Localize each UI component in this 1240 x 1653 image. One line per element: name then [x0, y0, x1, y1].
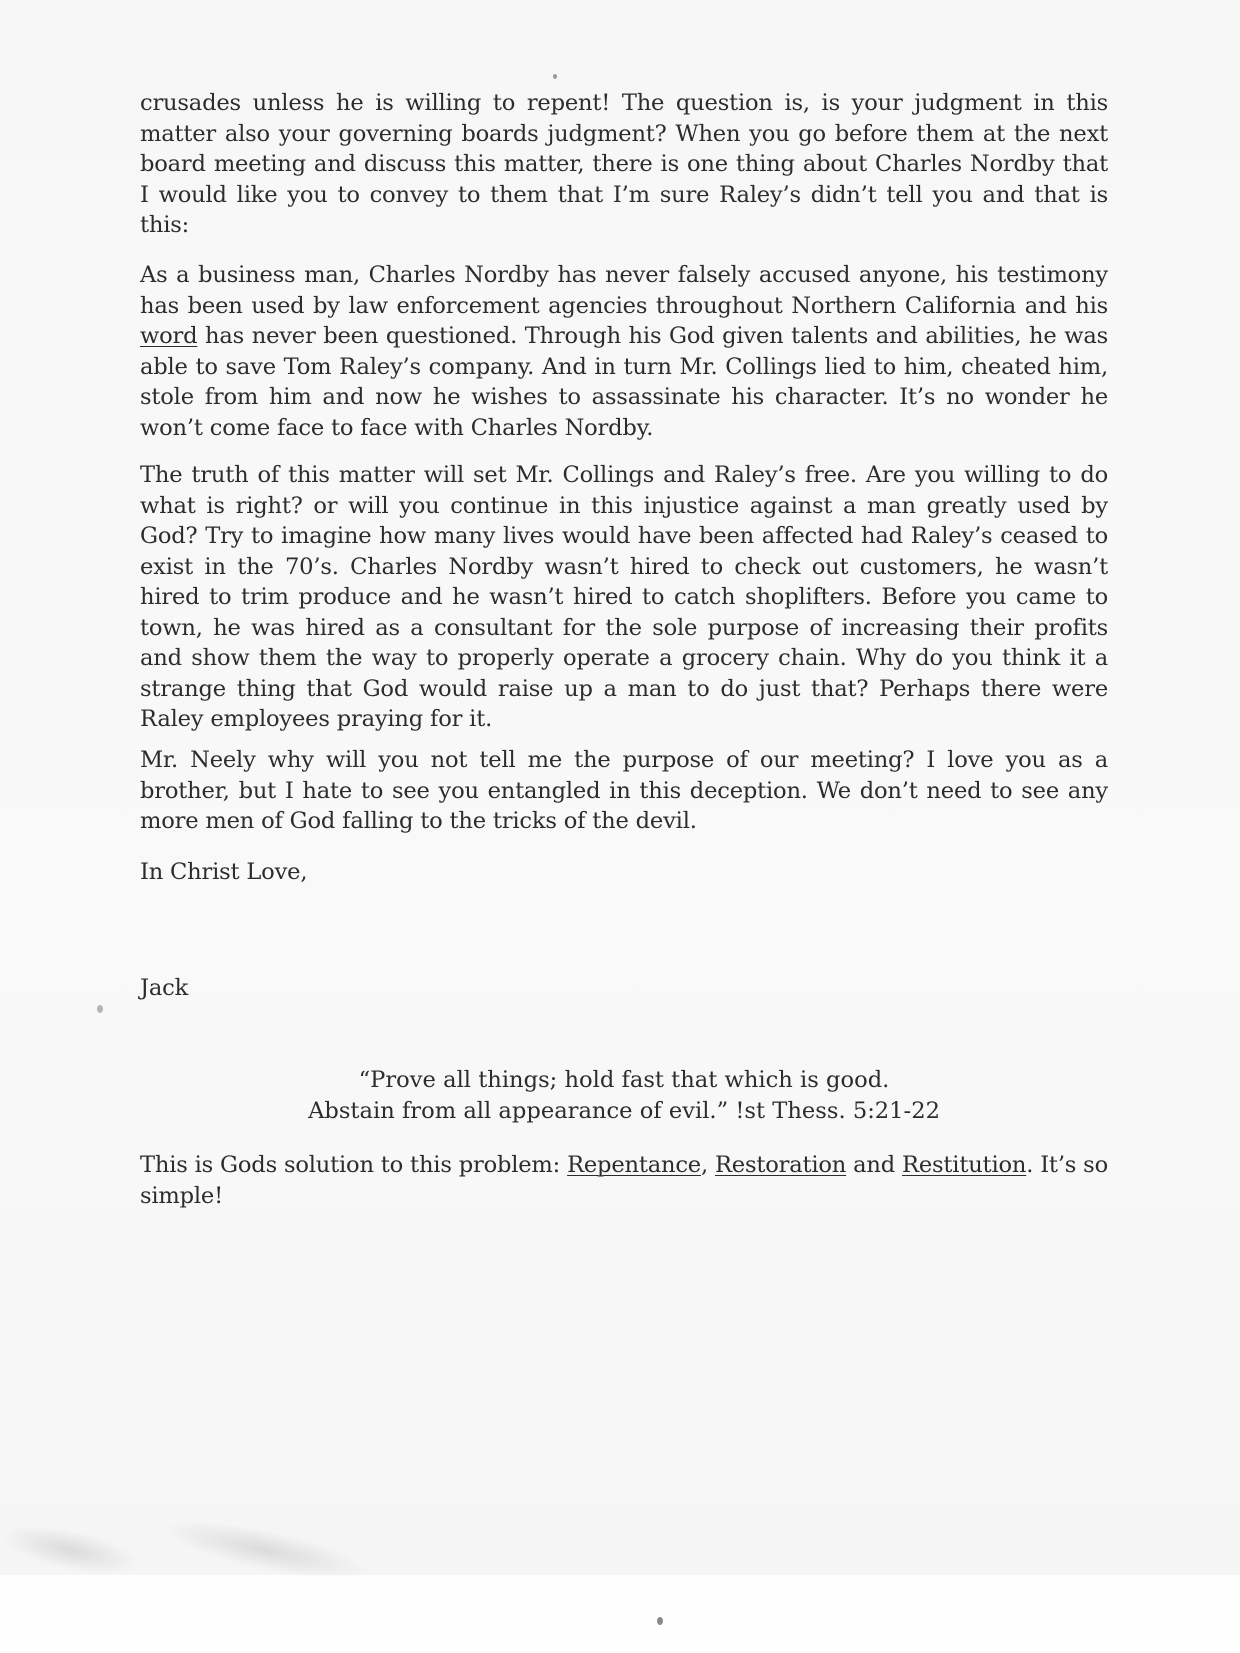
letter-signature: Jack — [140, 973, 1108, 1004]
solution-restitution: Restitution — [902, 1152, 1026, 1178]
solution-statement: This is Gods solution to this problem: R… — [140, 1150, 1108, 1211]
letter-closing: In Christ Love, — [140, 857, 1108, 888]
quote-line-1: “Prove all things; hold fast that which … — [140, 1065, 1108, 1096]
solution-separator: and — [846, 1152, 902, 1178]
scan-speck — [553, 74, 557, 79]
letter-paragraph-1: crusades unless he is willing to repent!… — [140, 88, 1108, 241]
letter-paragraph-3: The truth of this matter will set Mr. Co… — [140, 460, 1108, 735]
scan-speck — [657, 1617, 663, 1625]
solution-repentance: Repentance — [567, 1152, 701, 1178]
paragraph-2-text-after: has never been questioned. Through his G… — [140, 323, 1108, 441]
quote-line-2: Abstain from all appearance of evil.” !s… — [140, 1096, 1108, 1127]
letter-paragraph-2: As a business man, Charles Nordby has ne… — [140, 260, 1108, 443]
scan-bottom-margin — [0, 1575, 1240, 1653]
solution-intro: This is Gods solution to this problem: — [140, 1152, 567, 1178]
letter-paragraph-4: Mr. Neely why will you not tell me the p… — [140, 745, 1108, 837]
underlined-word: word — [140, 323, 197, 349]
scan-speck — [97, 1005, 103, 1013]
solution-separator: , — [701, 1152, 715, 1178]
solution-restoration: Restoration — [715, 1152, 846, 1178]
paragraph-2-text-before: As a business man, Charles Nordby has ne… — [140, 262, 1108, 319]
scripture-quote: “Prove all things; hold fast that which … — [140, 1065, 1108, 1126]
